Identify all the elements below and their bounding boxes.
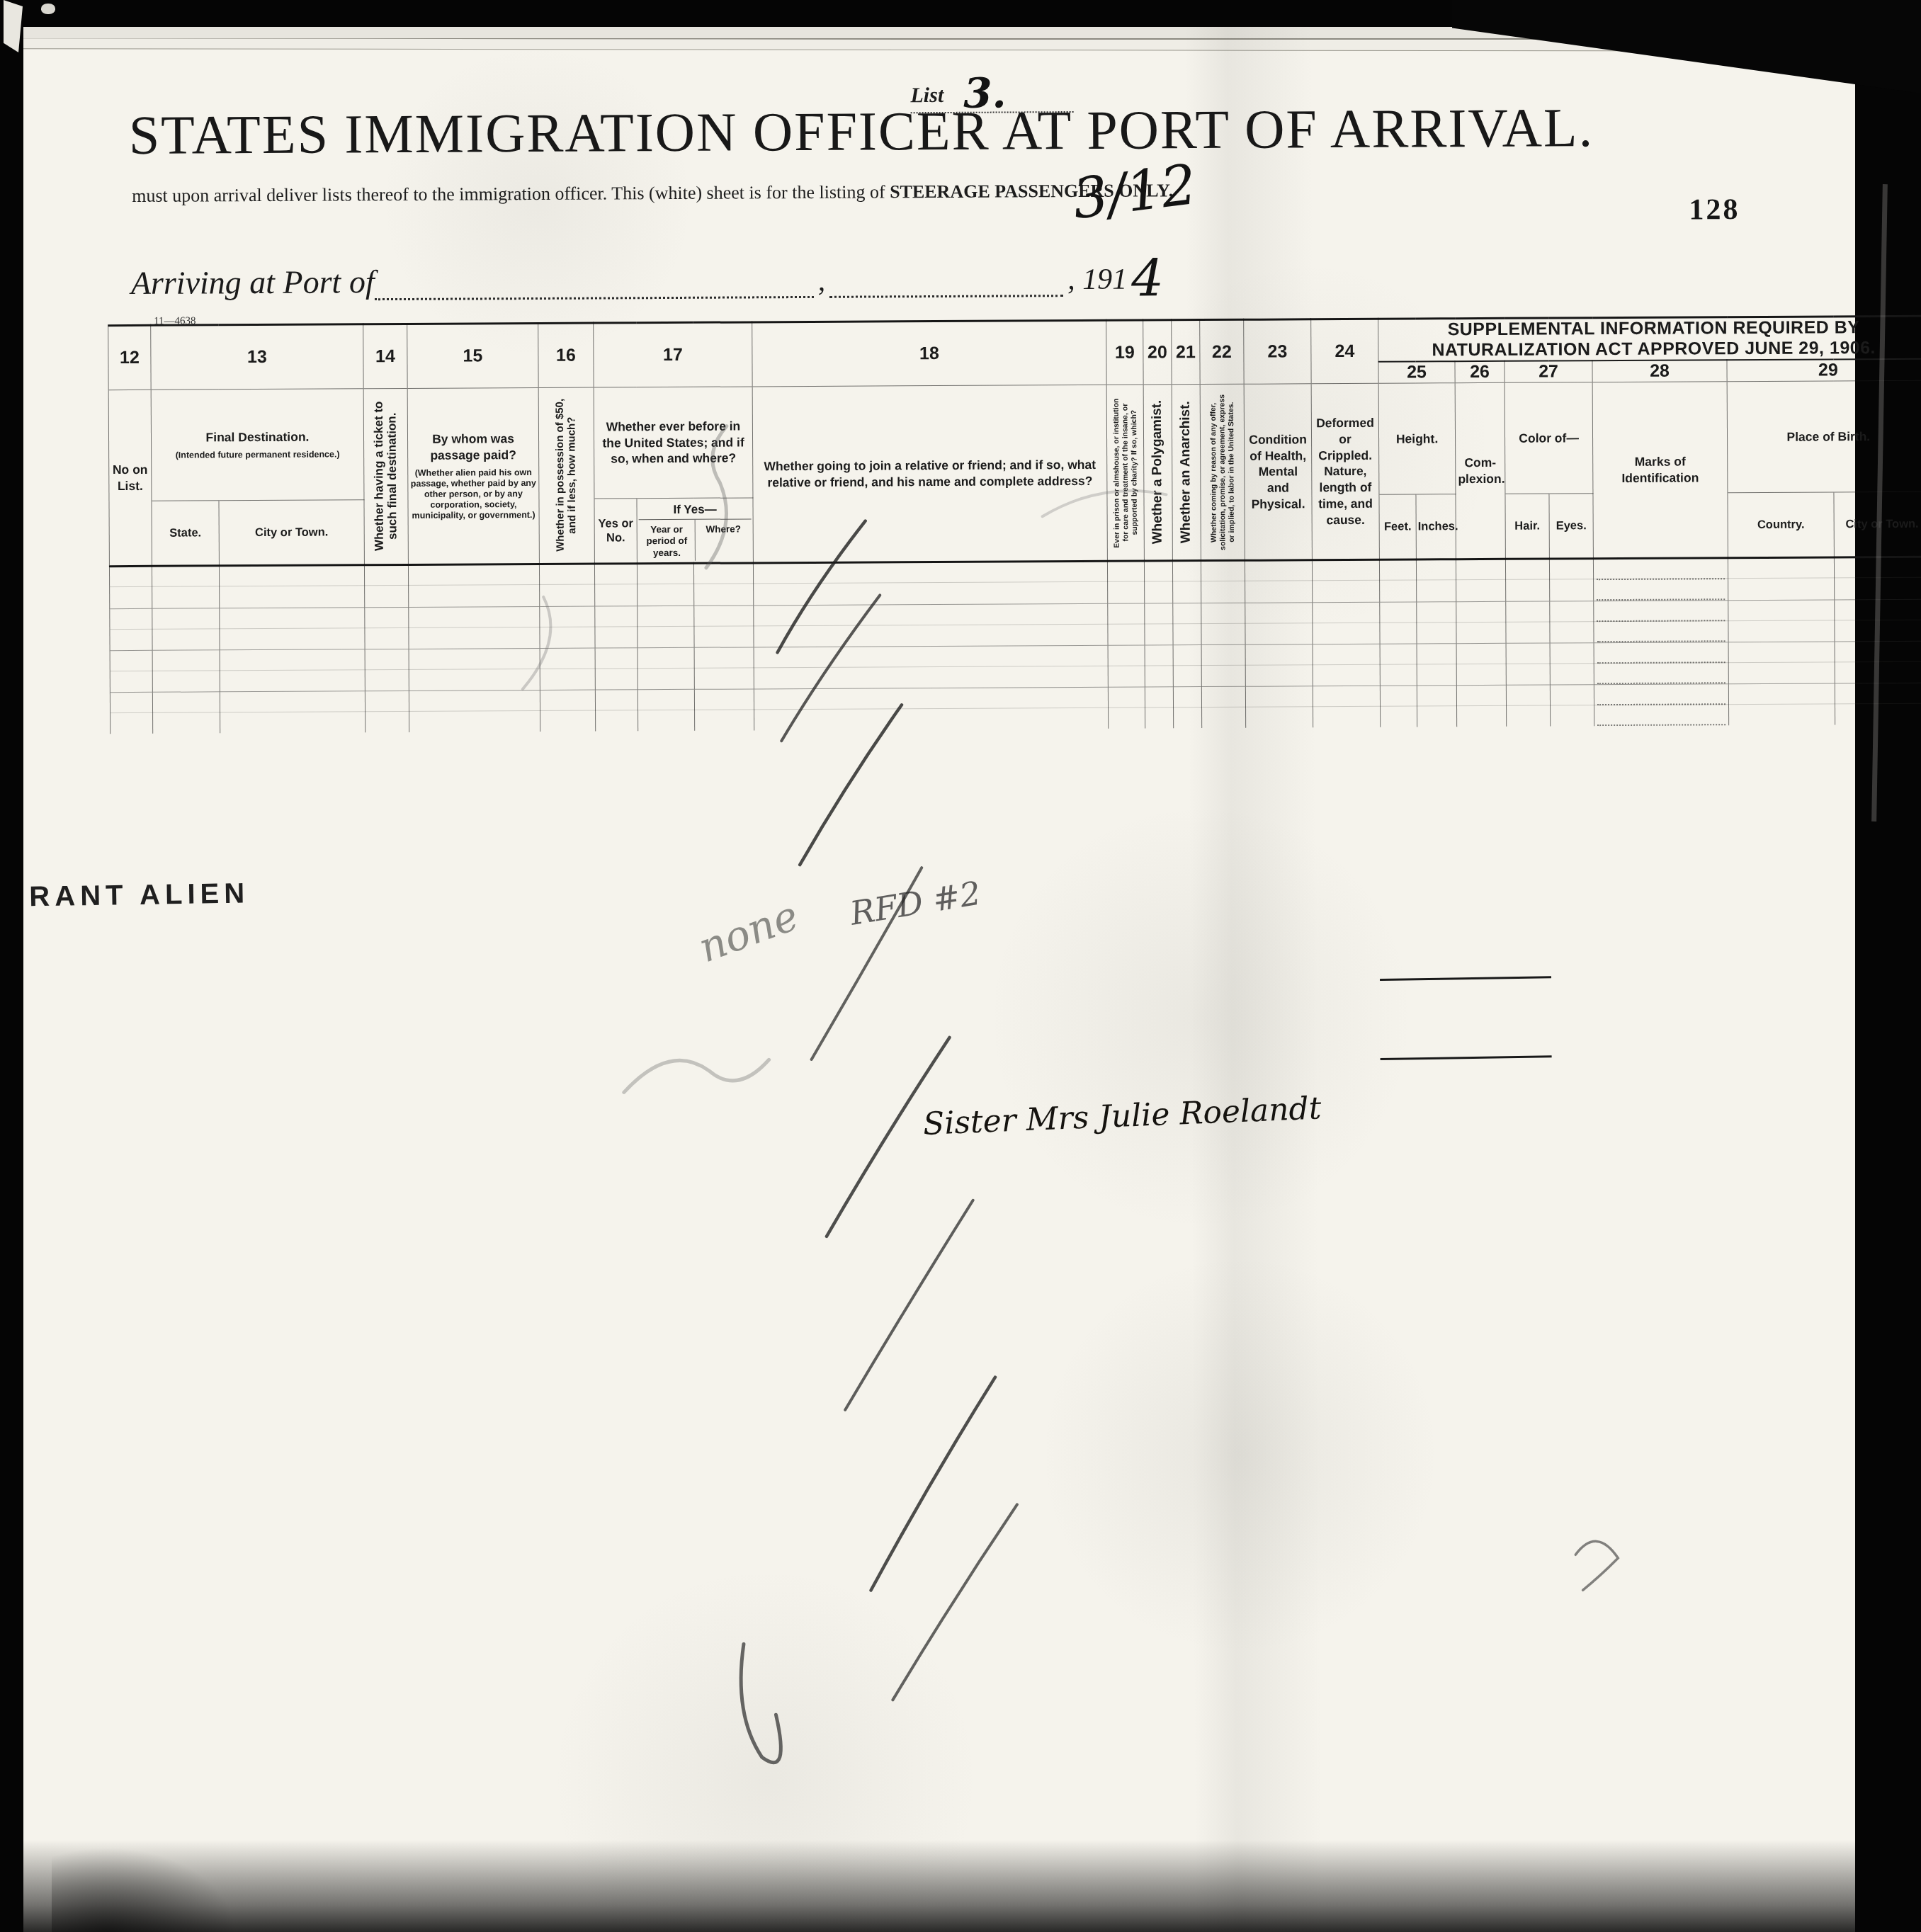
arriving-label: Arriving at Port of bbox=[131, 263, 375, 302]
cell-labor bbox=[1201, 561, 1245, 603]
cell-health bbox=[1245, 560, 1312, 603]
col-number-19: 19 bbox=[1106, 320, 1143, 385]
col-label-ticket: Whether having a ticket to such final de… bbox=[363, 388, 408, 565]
cell-polygamist bbox=[1145, 603, 1173, 645]
cell-prison bbox=[1107, 561, 1144, 603]
col-number-26: 26 bbox=[1455, 361, 1504, 383]
col-label-color-of: Color of— bbox=[1504, 382, 1593, 494]
cell-labor bbox=[1201, 603, 1245, 645]
cell-eyes bbox=[1550, 601, 1594, 643]
col-label-condition-health: Condition of Health, Mental and Physical… bbox=[1244, 384, 1312, 561]
printed-year: , 191 bbox=[1063, 263, 1131, 297]
year-digit-handwritten: 4 bbox=[1131, 248, 1164, 307]
col-label-polygamist: Whether a Polygamist. bbox=[1143, 385, 1172, 561]
cell-complexion bbox=[1456, 559, 1505, 602]
arrival-date-handwritten: 3/12 bbox=[1069, 153, 1200, 232]
rfd-scrawl: RFD #2 bbox=[847, 874, 983, 933]
immigrant-alien-stamp: RANT ALIEN bbox=[29, 877, 249, 913]
cell-birth-country bbox=[1728, 600, 1835, 642]
col-label-labor-contract: Whether coming by reason of any offer, s… bbox=[1200, 384, 1245, 561]
cell-marks bbox=[1594, 601, 1728, 643]
cell-marks bbox=[1594, 642, 1728, 685]
col-number-25: 25 bbox=[1378, 361, 1455, 383]
col-label-ever-before-us: Whether ever before in the United States… bbox=[594, 387, 753, 499]
cell-city bbox=[220, 608, 365, 650]
cell-anarchist bbox=[1173, 687, 1201, 729]
cell-year bbox=[637, 690, 694, 732]
cell-money bbox=[540, 606, 595, 648]
col-label-final-destination: Final Destination. (Intended future perm… bbox=[151, 389, 364, 501]
col-label-deformed: Deformed or Crippled. Nature, length of … bbox=[1311, 383, 1379, 560]
scanned-manifest-page: List3. STATES IMMIGRATION OFFICER AT POR… bbox=[0, 0, 1921, 1932]
cell-state bbox=[152, 566, 219, 608]
sublabel-eyes: Eyes. bbox=[1549, 494, 1593, 559]
cell-hair bbox=[1506, 601, 1550, 643]
row-number bbox=[110, 609, 152, 651]
cell-ticket bbox=[365, 608, 409, 649]
cell-labor bbox=[1201, 686, 1245, 728]
cell-complexion bbox=[1456, 602, 1506, 644]
cell-year bbox=[637, 648, 694, 690]
cell-hair bbox=[1506, 685, 1550, 727]
blank-date-line bbox=[829, 256, 1063, 298]
col-label-complexion: Com- plexion. bbox=[1455, 382, 1505, 559]
cell-height-feet bbox=[1380, 602, 1417, 644]
height-strike-line bbox=[1381, 1055, 1552, 1060]
cell-paid-by bbox=[409, 691, 540, 732]
cell-eyes bbox=[1549, 559, 1593, 601]
torn-paper-fragment bbox=[41, 4, 55, 14]
blank-port-line bbox=[374, 258, 813, 300]
col-label-height: Height. bbox=[1378, 383, 1456, 495]
cell-relative-friend bbox=[754, 646, 1108, 690]
cell-complexion bbox=[1456, 644, 1506, 686]
torn-paper-fragment bbox=[4, 0, 23, 52]
cell-eyes bbox=[1550, 685, 1594, 727]
cell-year bbox=[637, 564, 693, 606]
cell-height-inches bbox=[1417, 644, 1456, 686]
sublabel-hair: Hair. bbox=[1505, 494, 1549, 559]
cell-ever-before bbox=[594, 564, 637, 606]
cell-hair bbox=[1505, 559, 1549, 601]
cell-height-inches bbox=[1416, 559, 1456, 602]
pen-flourishes bbox=[23, 23, 1865, 1932]
cell-state bbox=[152, 608, 220, 650]
col-number-12: 12 bbox=[108, 325, 151, 390]
cell-hair bbox=[1506, 643, 1550, 685]
cell-marks bbox=[1593, 558, 1728, 601]
sublabel-inches: Inches. bbox=[1416, 494, 1456, 560]
col-number-18: 18 bbox=[752, 320, 1106, 387]
cell-birth-country bbox=[1728, 557, 1834, 601]
cell-marks bbox=[1594, 684, 1728, 726]
cell-money bbox=[539, 564, 594, 606]
cell-ticket bbox=[365, 649, 409, 691]
cell-ticket bbox=[364, 565, 408, 608]
cell-paid-by bbox=[409, 649, 540, 691]
col-number-27: 27 bbox=[1504, 360, 1592, 382]
cell-ever-before bbox=[595, 690, 637, 732]
cell-city bbox=[219, 565, 364, 608]
cell-ever-before bbox=[595, 648, 637, 690]
row-number bbox=[110, 651, 152, 693]
cell-anarchist bbox=[1173, 645, 1201, 687]
col-number-20: 20 bbox=[1143, 320, 1172, 385]
cell-year bbox=[637, 606, 694, 648]
sublabel-state: State. bbox=[152, 501, 219, 567]
col-label-prison: Ever in prison or almshouse, or institut… bbox=[1106, 385, 1144, 562]
cell-city bbox=[220, 649, 365, 692]
sublabel-where: Where? bbox=[695, 520, 752, 561]
cell-ticket bbox=[365, 691, 409, 733]
cell-height-inches bbox=[1417, 602, 1456, 644]
col-label-place-of-birth: Place of Birth. bbox=[1727, 380, 1921, 492]
cell-state bbox=[152, 692, 220, 734]
arriving-line: Arriving at Port of , , 191 4 bbox=[131, 237, 1164, 302]
col-label-no-on-list: No on List. bbox=[108, 390, 152, 567]
cell-ever-before bbox=[595, 606, 637, 648]
col-label-join-relative: Whether going to join a relative or frie… bbox=[752, 385, 1107, 563]
cell-height-feet bbox=[1380, 644, 1417, 686]
cell-complexion bbox=[1456, 686, 1506, 727]
cell-health bbox=[1245, 686, 1313, 728]
col-label-marks: Marks of Identification bbox=[1592, 382, 1728, 559]
sublabel-year: Year or period of years. bbox=[639, 520, 695, 561]
cell-anarchist bbox=[1173, 603, 1201, 645]
col-number-15: 15 bbox=[407, 323, 538, 388]
cell-birth-country bbox=[1728, 683, 1835, 725]
col-number-23: 23 bbox=[1244, 319, 1311, 384]
height-strike-line bbox=[1380, 976, 1551, 981]
col-number-22: 22 bbox=[1200, 319, 1244, 384]
cell-relative-friend bbox=[754, 688, 1108, 731]
cell-prison bbox=[1108, 687, 1145, 729]
col-label-passage-paid: By whom was passage paid? (Whether alien… bbox=[407, 387, 539, 564]
row-number bbox=[110, 693, 152, 734]
col-number-21: 21 bbox=[1172, 320, 1200, 385]
cell-height-inches bbox=[1417, 686, 1456, 727]
col-number-17: 17 bbox=[594, 322, 753, 387]
scan-smudges bbox=[23, 23, 1865, 1932]
cell-where bbox=[694, 689, 754, 731]
cell-relative-friend bbox=[753, 562, 1107, 606]
cell-health bbox=[1245, 603, 1313, 644]
cell-city bbox=[220, 691, 365, 734]
cell-prison bbox=[1108, 645, 1145, 687]
cell-paid-by bbox=[409, 607, 540, 649]
col-number-14: 14 bbox=[363, 324, 407, 388]
cell-deformed bbox=[1312, 560, 1379, 603]
cell-deformed bbox=[1313, 644, 1380, 686]
cell-eyes bbox=[1550, 643, 1594, 685]
cell-health bbox=[1245, 644, 1313, 686]
cell-anarchist bbox=[1172, 561, 1201, 603]
col-number-16: 16 bbox=[538, 323, 594, 387]
cell-height-feet bbox=[1379, 559, 1416, 602]
cell-where bbox=[694, 606, 754, 647]
sublabel-feet: Feet. bbox=[1379, 494, 1416, 560]
scan-bottom-shadow bbox=[23, 1840, 1855, 1932]
cell-where bbox=[694, 647, 754, 689]
cell-polygamist bbox=[1145, 645, 1173, 687]
cell-prison bbox=[1108, 603, 1145, 645]
col-label-anarchist: Whether an Anarchist. bbox=[1172, 385, 1201, 561]
cell-deformed bbox=[1313, 603, 1380, 644]
col-number-28: 28 bbox=[1592, 360, 1727, 382]
sublabel-city: City or Town. bbox=[219, 500, 364, 566]
cell-polygamist bbox=[1145, 687, 1173, 729]
sister-note: Sister Mrs Julie Roelandt bbox=[922, 1090, 1322, 1142]
col-number-24: 24 bbox=[1311, 319, 1378, 383]
sublabel-yes-no: Yes or No. bbox=[594, 499, 637, 564]
cell-labor bbox=[1201, 644, 1245, 686]
sublabel-if-yes: If Yes— Year or period of years. Where? bbox=[637, 498, 754, 564]
manifest-empty-row bbox=[110, 683, 1921, 734]
row-number bbox=[109, 567, 152, 609]
page-subtitle: must upon arrival deliver lists thereof … bbox=[132, 180, 1173, 207]
sheet-number: 128 bbox=[1689, 193, 1740, 227]
col-number-13: 13 bbox=[151, 324, 363, 390]
supplemental-banner: SUPPLEMENTAL INFORMATION REQUIRED BY NAT… bbox=[1378, 316, 1921, 362]
cell-money bbox=[540, 690, 595, 732]
sublabel-country: Country. bbox=[1728, 492, 1834, 558]
col-label-possession-50: Whether in possession of $50, and if les… bbox=[538, 387, 594, 564]
cell-deformed bbox=[1313, 686, 1380, 728]
col-number-29: 29 bbox=[1727, 359, 1921, 382]
cell-polygamist bbox=[1144, 561, 1172, 603]
cell-where bbox=[693, 563, 753, 606]
cell-money bbox=[540, 648, 595, 690]
paper-sheet: List3. STATES IMMIGRATION OFFICER AT POR… bbox=[23, 28, 1855, 1932]
column-label-row: No on List. Final Destination. (Intended… bbox=[108, 380, 1921, 501]
manifest-rows bbox=[109, 557, 1921, 734]
none-scrawl: none bbox=[692, 892, 805, 972]
passenger-manifest-table: 12 13 14 15 16 17 18 19 20 21 22 23 24 S… bbox=[108, 315, 1921, 734]
cell-height-feet bbox=[1380, 686, 1417, 727]
cell-relative-friend bbox=[754, 604, 1108, 648]
cell-birth-country bbox=[1728, 642, 1835, 684]
cell-state bbox=[152, 650, 220, 692]
cell-paid-by bbox=[408, 564, 539, 608]
